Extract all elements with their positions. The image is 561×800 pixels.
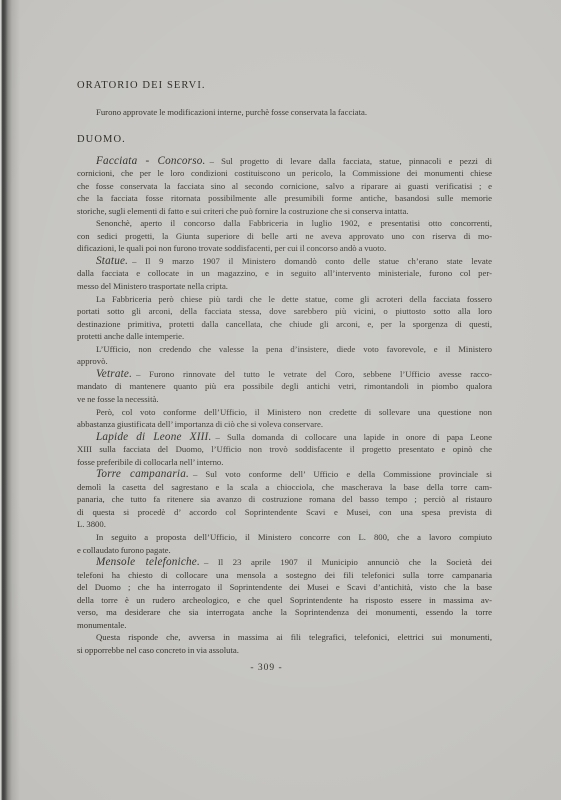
text-line: che fosse conservata la facciata sino al… xyxy=(77,180,492,193)
paragraph: Statue.– Il 9 marzo 1907 il Ministero do… xyxy=(77,255,492,293)
page-content: ORATORIO DEI SERVI. Furono approvate le … xyxy=(77,0,492,673)
line-text: – Sul progetto di levare dalla facciata,… xyxy=(210,156,492,166)
text-line: XIII sulla facciata del Duomo, l’Ufficio… xyxy=(77,443,492,456)
text-line: fosse preferibile di collocarla nell’ in… xyxy=(77,456,492,469)
page-number: - 309 - xyxy=(77,663,492,673)
text-line: ve ne fosse la necessità. xyxy=(77,393,492,406)
text-line: della torre è un rudero archeologico, e … xyxy=(77,594,492,607)
binding-shadow xyxy=(0,0,20,800)
paragraph: Vetrate.– Furono rinnovate del tutto le … xyxy=(77,368,492,406)
text-line: e collaudato furono pagate. xyxy=(77,544,492,557)
section-lead: Lapide di Leone XIII. xyxy=(96,431,211,443)
section-heading: ORATORIO DEI SERVI. xyxy=(77,80,492,92)
text-line: Però, col voto conforme dell’Ufficio, il… xyxy=(77,406,492,419)
paragraph: Senonchè, aperto il concorso dalla Fabbr… xyxy=(77,217,492,255)
text-line: approvò. xyxy=(77,355,492,368)
text-line: Mensole telefoniche.– Il 23 aprile 1907 … xyxy=(77,556,492,569)
text-line: In seguito a proposta dell’Ufficio, il M… xyxy=(77,531,492,544)
paragraph: L’Ufficio, non credendo che valesse la p… xyxy=(77,343,492,368)
line-text: – Furono rinnovate del tutto le vetrate … xyxy=(136,369,492,379)
text-line: La Fabbriceria però chiese più tardi che… xyxy=(77,293,492,306)
document-body: Facciata - Concorso.– Sul progetto di le… xyxy=(77,155,492,657)
text-line: dificazioni, le quali poi non furono tro… xyxy=(77,242,492,255)
text-line: monumentale. xyxy=(77,619,492,632)
section-lead: Facciata - Concorso. xyxy=(96,155,206,167)
paragraph: Però, col voto conforme dell’Ufficio, il… xyxy=(77,406,492,431)
text-line: mandato di mantenere quanto più era poss… xyxy=(77,380,492,393)
text-line: portati sotto gli arconi, della facciata… xyxy=(77,305,492,318)
text-line: di questa si procedè d’ accordo col Sopr… xyxy=(77,506,492,519)
intro-paragraph: Furono approvate le modificazioni intern… xyxy=(77,106,492,119)
section-lead: Torre campanaria. xyxy=(96,468,189,480)
text-line: demolì la casetta del sagrestano e la sc… xyxy=(77,481,492,494)
text-line: del Duomo ; che ha interrogato il Soprin… xyxy=(77,581,492,594)
line-text: – Sulla domanda di collocare una lapide … xyxy=(215,432,492,442)
paragraph: Lapide di Leone XIII.– Sulla domanda di … xyxy=(77,431,492,469)
line-text: – Il 9 marzo 1907 il Ministero domandò c… xyxy=(132,256,492,266)
section-lead: Mensole telefoniche. xyxy=(96,556,200,568)
paragraph: La Fabbriceria però chiese più tardi che… xyxy=(77,293,492,343)
paragraph: Facciata - Concorso.– Sul progetto di le… xyxy=(77,155,492,218)
text-line: Senonchè, aperto il concorso dalla Fabbr… xyxy=(77,217,492,230)
text-line: dalla facciata e collocate in un magazzi… xyxy=(77,267,492,280)
text-line: messo del Ministero trasportate nella cr… xyxy=(77,280,492,293)
section-lead: Statue. xyxy=(96,255,128,267)
text-line: verso, ma desiderare che sia interrogata… xyxy=(77,606,492,619)
text-line: che la facciata fosse ritornata possibil… xyxy=(77,192,492,205)
paragraph: Torre campanaria.– Sul voto conforme del… xyxy=(77,468,492,531)
text-line: si opporrebbe nel caso concreto in via a… xyxy=(77,644,492,657)
paragraph: In seguito a proposta dell’Ufficio, il M… xyxy=(77,531,492,556)
paragraph: Mensole telefoniche.– Il 23 aprile 1907 … xyxy=(77,556,492,631)
text-line: Vetrate.– Furono rinnovate del tutto le … xyxy=(77,368,492,381)
text-line: L. 3800. xyxy=(77,518,492,531)
text-line: telefoni ha chiesto di collocare una men… xyxy=(77,569,492,582)
section-lead: Vetrate. xyxy=(96,368,132,380)
text-line: Torre campanaria.– Sul voto conforme del… xyxy=(77,468,492,481)
text-line: Lapide di Leone XIII.– Sulla domanda di … xyxy=(77,431,492,444)
text-line: Statue.– Il 9 marzo 1907 il Ministero do… xyxy=(77,255,492,268)
line-text: – Il 23 aprile 1907 il Municipio annunci… xyxy=(204,557,492,567)
paragraph: Questa risponde che, avversa in massima … xyxy=(77,631,492,656)
chapter-heading: DUOMO. xyxy=(77,134,492,146)
text-line: panaria, che tutto fa ritenere sia avanz… xyxy=(77,493,492,506)
text-line: abbastanza giustificata dell’ importanza… xyxy=(77,418,492,431)
text-line: storiche, sugli elementi di fatto e sui … xyxy=(77,205,492,218)
text-line: destinazione primitiva, protetti dalla c… xyxy=(77,318,492,331)
text-line: con sedici progetti, la Giunta superiore… xyxy=(77,230,492,243)
book-page: ORATORIO DEI SERVI. Furono approvate le … xyxy=(0,0,561,800)
text-line: protetti anche dalle intemperie. xyxy=(77,330,492,343)
text-line: L’Ufficio, non credendo che valesse la p… xyxy=(77,343,492,356)
text-line: Questa risponde che, avversa in massima … xyxy=(77,631,492,644)
text-line: Facciata - Concorso.– Sul progetto di le… xyxy=(77,155,492,168)
line-text: – Sul voto conforme dell’ Ufficio e dell… xyxy=(193,469,492,479)
text-line: cornicioni, che per le loro condizioni c… xyxy=(77,167,492,180)
